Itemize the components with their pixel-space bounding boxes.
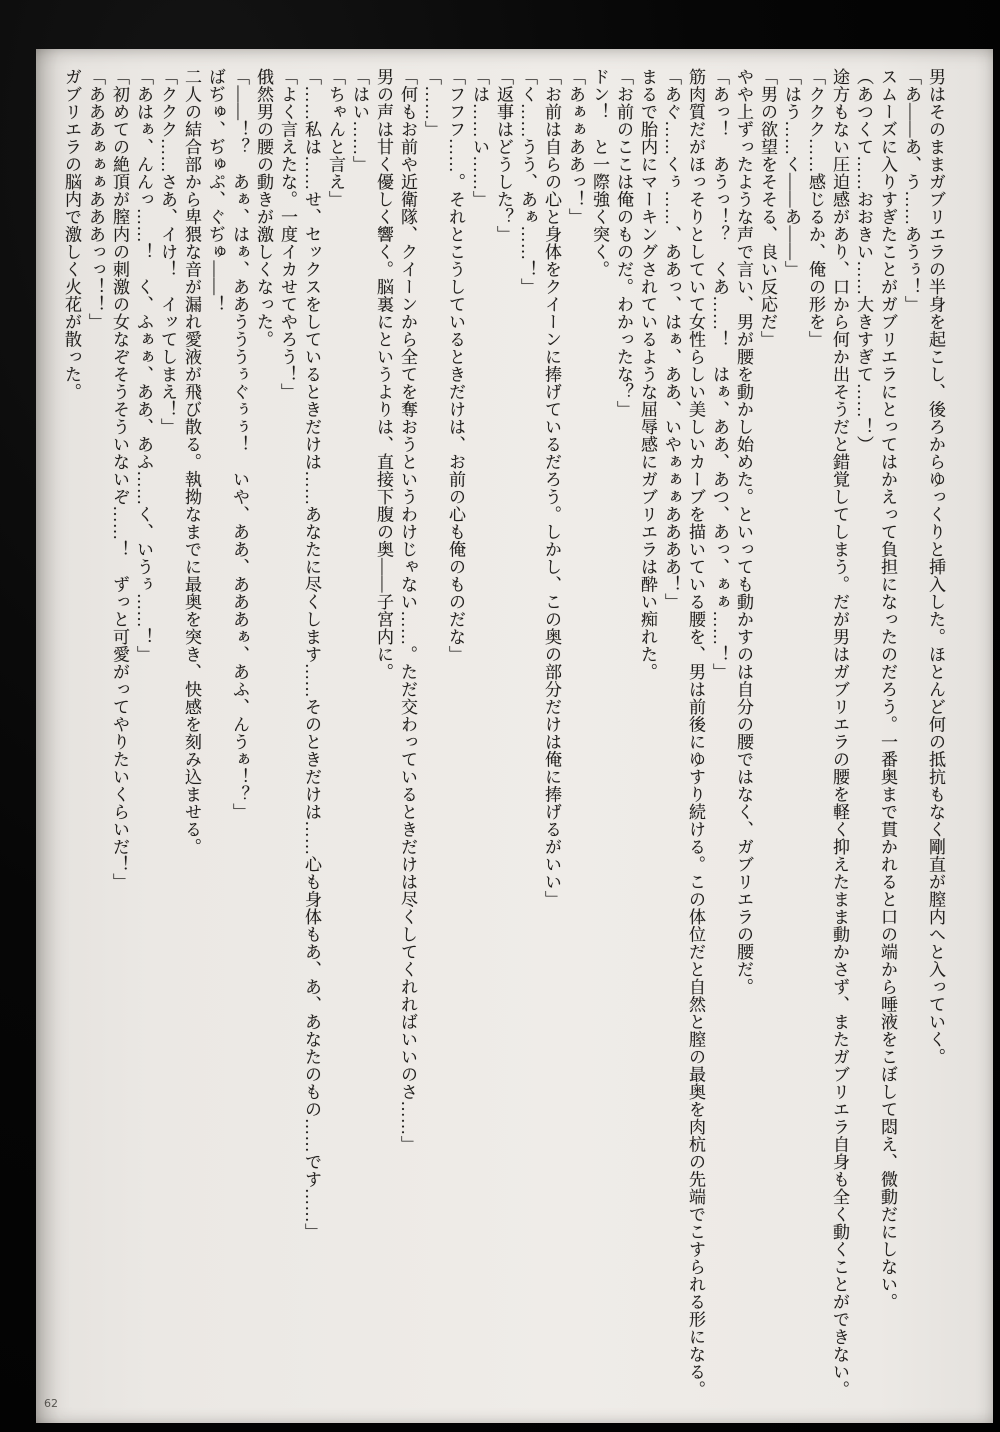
- text-column: 「返事はどうした？」: [491, 68, 515, 1412]
- text-column: 男の声は甘く優しく響く。脳裏にというよりは、直接下腹の奥――子宮内に。: [371, 68, 395, 1412]
- text-column: ばぢゅ、ぢゅぷ、ぐぢゅ――！: [203, 68, 227, 1412]
- text-column: 俄然男の腰の動きが激しくなった。: [251, 68, 275, 1412]
- text-column: 「よく言えたな。一度イカせてやろう！」: [275, 68, 299, 1412]
- text-column: ドン！ と一際強く突く。: [587, 68, 611, 1412]
- text-column: やや上ずったような声で言い、男が腰を動かし始めた。といっても動かすのは自分の腰で…: [731, 68, 755, 1412]
- text-column: 「……私は……せ、セックスをしているときだけは……あなたに尽くします……そのとき…: [299, 68, 323, 1412]
- text-column: 「フフフ……。それとこうしているときだけは、お前の心も俺のものだな」: [443, 68, 467, 1412]
- page-number: 62: [44, 1397, 58, 1410]
- text-column: 「――！？ あぁ、はぁ、ああうううぅぐぅぅ！ いや、ああ、あああぁ、あふ、んうぁ…: [227, 68, 251, 1412]
- text-column: 「あぐ……くぅ……、ああっ、はぁ、ああ、いやぁぁぁああああ！」: [659, 68, 683, 1412]
- text-column: 男はそのままガブリエラの半身を起こし、後ろからゆっくりと挿入した。ほとんど何の抵…: [923, 68, 947, 1412]
- text-column: 「あはぁ、んんっ……！ く、ふぁぁ、ああ、あふ……く、いうぅ……！」: [131, 68, 155, 1412]
- text-column: 筋肉質だがほっそりとしていて女性らしい美しいカーブを描いている腰を、男は前後にゆ…: [683, 68, 707, 1412]
- text-column: 「は……い……」: [467, 68, 491, 1412]
- text-column: 「お前のここは俺のものだ。わかったな？」: [611, 68, 635, 1412]
- text-column: 「……」: [419, 68, 443, 1412]
- text-column: （あつくて……おおきい……大きすぎて……！）: [851, 68, 875, 1412]
- text-column: 「男の欲望をそそる、良い反応だ」: [755, 68, 779, 1412]
- page-text: 男はそのままガブリエラの半身を起こし、後ろからゆっくりと挿入した。ほとんど何の抵…: [48, 68, 947, 1412]
- text-column: 「ククク……さあ、イけ！ イッてしまえ！」: [155, 68, 179, 1412]
- text-column: 「何もお前や近衛隊、クイーンから全てを奪おうというわけじゃない……。ただ交わって…: [395, 68, 419, 1412]
- text-column: 「ククク……感じるか、俺の形を」: [803, 68, 827, 1412]
- text-column: 「はい……」: [347, 68, 371, 1412]
- text-column: 途方もない圧迫感があり、口から何か出そうだと錯覚してしまう。だが男はガブリエラの…: [827, 68, 851, 1412]
- text-column: 「初めての絶頂が膣内の刺激の女なぞそうそういないぞ……！ ずっと可愛がってやりた…: [107, 68, 131, 1412]
- text-column: 「お前は自らの心と身体をクイーンに捧げているだろう。しかし、この奥の部分だけは俺…: [539, 68, 563, 1412]
- text-column: 「ちゃんと言え」: [323, 68, 347, 1412]
- book-page: 男はそのままガブリエラの半身を起こし、後ろからゆっくりと挿入した。ほとんど何の抵…: [36, 49, 993, 1423]
- text-column: 「あぁぁああっ！」: [563, 68, 587, 1412]
- text-column: 二人の結合部から卑猥な音が漏れ愛液が飛び散る。執拗なまでに最奥を突き、快感を刻み…: [179, 68, 203, 1412]
- text-column: 「あ――あ、う……あうぅ！」: [899, 68, 923, 1412]
- text-column: 「あっ！ あうっ！？ くあ……！ はぁ、ああ、あつ、あっ、ぁぁ……！」: [707, 68, 731, 1412]
- text-column: 「はう……く――あ――」: [779, 68, 803, 1412]
- text-column: ガブリエラの脳内で激しく火花が散った。: [59, 68, 83, 1412]
- text-column: スムーズに入りすぎたことがガブリエラにとってはかえって負担になったのだろう。一番…: [875, 68, 899, 1412]
- text-column: 「あああぁぁぁあああっっ！！」: [83, 68, 107, 1412]
- text-column: 「く……うう、あぁ……！」: [515, 68, 539, 1412]
- text-column: まるで胎内にマーキングされているような屈辱感にガブリエラは酔い痴れた。: [635, 68, 659, 1412]
